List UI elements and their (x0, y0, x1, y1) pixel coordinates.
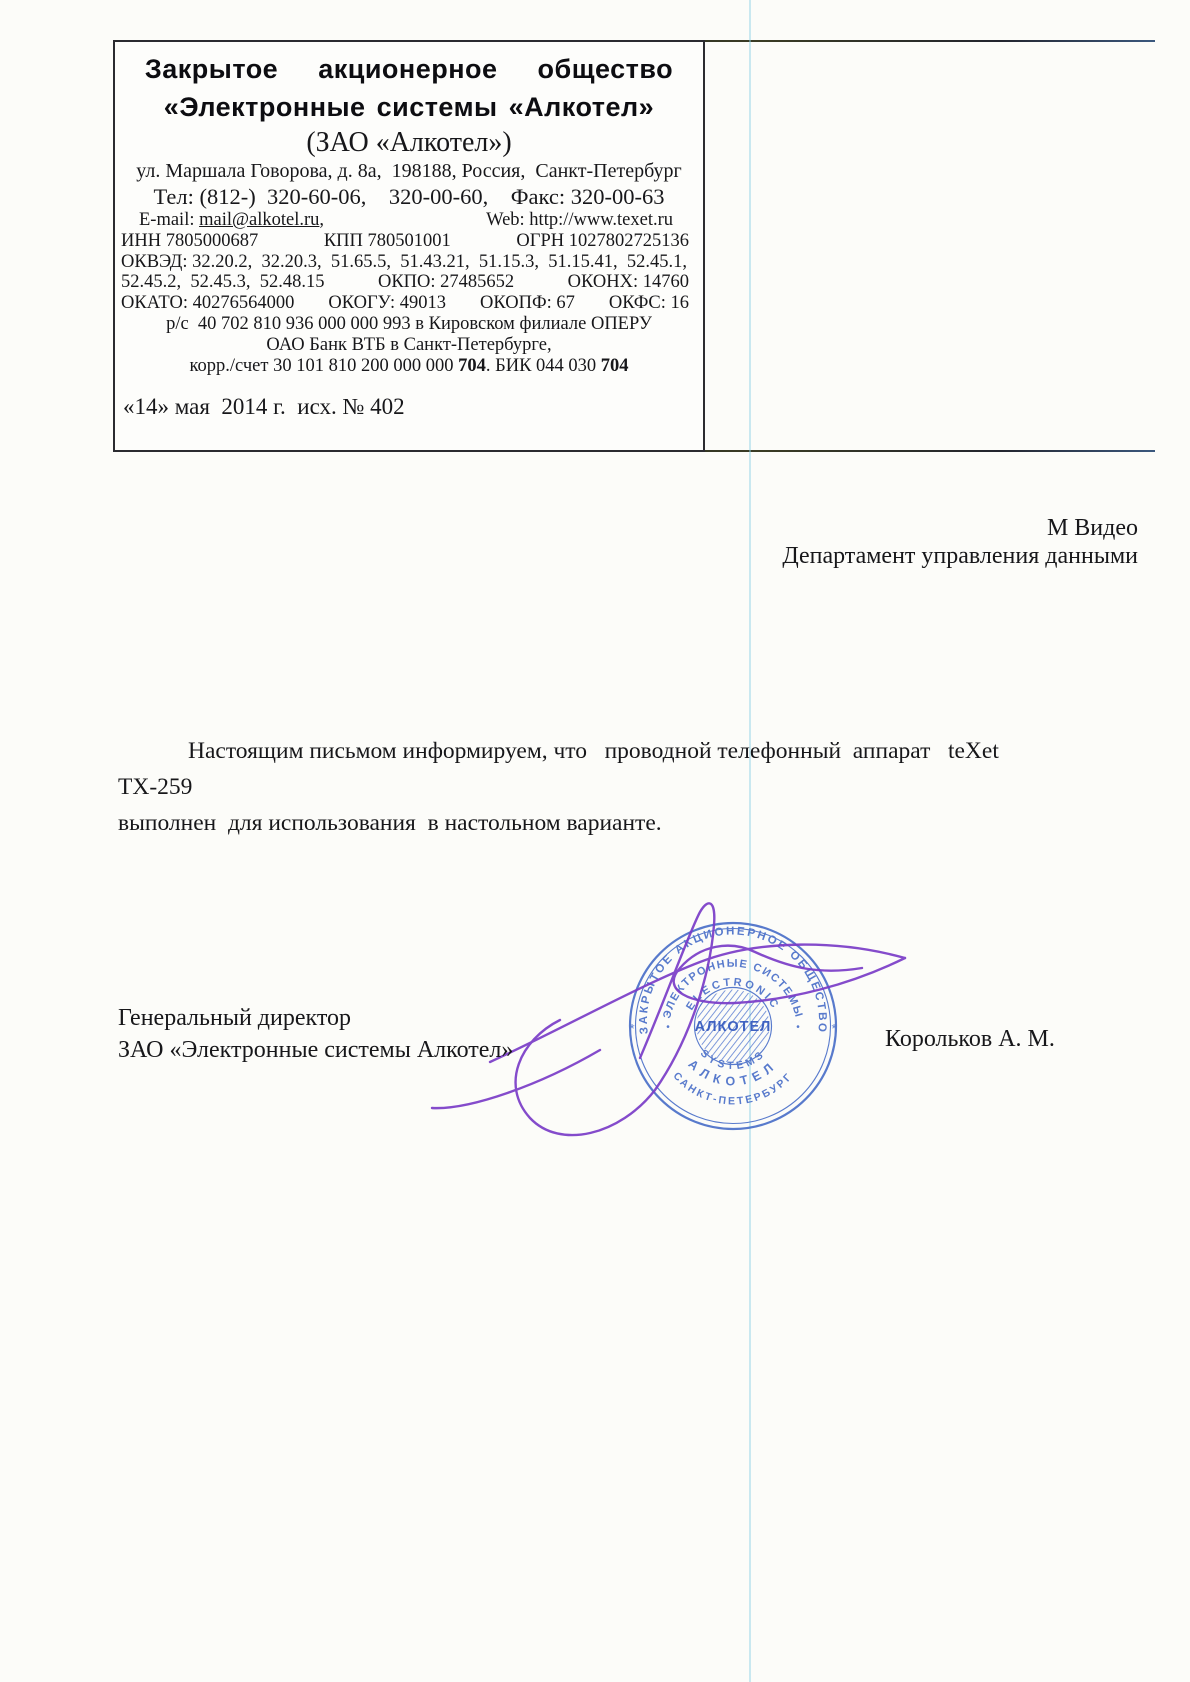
email-comma: , (319, 210, 324, 230)
email-web-row: E-mail: mail@alkotel.ru, Web: http://www… (115, 210, 703, 231)
corr-mid: . БИК 044 030 (486, 356, 601, 376)
corr-bold-704-first: 704 (458, 356, 486, 376)
registration-row: ИНН 7805000687 КПП 780501001 ОГРН 102780… (115, 231, 703, 252)
okato-value: ОКАТО: 40276564000 (121, 293, 294, 314)
signer-title-line1: Генеральный директор (118, 1002, 513, 1034)
letter-body: Настоящим письмом информируем, что прово… (118, 733, 1083, 841)
ogrn-value: ОГРН 1027802725136 (516, 231, 689, 252)
signature-stroke-knot (674, 946, 905, 1003)
signer-title-block: Генеральный директор ЗАО «Электронные си… (118, 1002, 513, 1066)
corr-account-line: корр./счет 30 101 810 200 000 000 704. Б… (115, 356, 703, 377)
okved-line2: 52.45.2, 52.45.3, 52.48.15 (121, 272, 325, 293)
signature-stroke-loop (516, 903, 715, 1135)
okpo-value: ОКПО: 27485652 (378, 272, 514, 293)
okved-okpo-row: 52.45.2, 52.45.3, 52.48.15 ОКПО: 2748565… (115, 272, 703, 293)
recipient-department: Департамент управления данными (782, 542, 1138, 570)
date-line: «14» мая 2014 г. исх. № 402 (115, 392, 703, 422)
recipient-block: М Видео Департамент управления данными (782, 514, 1138, 570)
letterhead-box: Закрытое акционерное общество «Электронн… (113, 40, 705, 452)
kpp-value: КПП 780501001 (324, 231, 451, 252)
body-line-1: Настоящим письмом информируем, что прово… (118, 733, 1083, 805)
email-label: E-mail: (139, 210, 199, 230)
org-name-line1: Закрытое акционерное общество (115, 50, 703, 88)
okopf-value: ОКОПФ: 67 (480, 293, 575, 314)
okfs-value: ОКФС: 16 (609, 293, 689, 314)
org-short-name: (ЗАО «Алкотел») (115, 126, 703, 160)
okved-line1: ОКВЭД: 32.20.2, 32.20.3, 51.65.5, 51.43.… (115, 252, 703, 273)
scanned-letter: { "letterhead": { "org_line1": "Закрытое… (0, 0, 1190, 1682)
body-line-2: выполнен для использования в настольном … (118, 805, 1083, 841)
org-name-line2: «Электронные системы «Алкотел» (115, 88, 703, 126)
scan-artifact-line (749, 0, 751, 1682)
bank-name-line: ОАО Банк ВТБ в Санкт-Петербурге, (115, 335, 703, 356)
okato-row: ОКАТО: 40276564000 ОКОГУ: 49013 ОКОПФ: 6… (115, 293, 703, 314)
bank-account-line: р/с 40 702 810 936 000 000 993 в Кировск… (115, 314, 703, 335)
okonh-value: ОКОНХ: 14760 (568, 272, 689, 293)
email-address: mail@alkotel.ru (199, 210, 319, 230)
org-phones: Тел: (812-) 320-60-06, 320-00-60, Факс: … (115, 183, 703, 210)
corr-prefix: корр./счет 30 101 810 200 000 000 (189, 356, 458, 376)
web-line: Web: http://www.texet.ru (486, 210, 673, 231)
inn-value: ИНН 7805000687 (121, 231, 258, 252)
recipient-company: М Видео (782, 514, 1138, 542)
email-line: E-mail: mail@alkotel.ru, (139, 210, 324, 231)
corr-bold-704-second: 704 (601, 356, 629, 376)
signer-name: Корольков А. М. (885, 1026, 1055, 1053)
signer-title-line2: ЗАО «Электронные системы Алкотел» (118, 1034, 513, 1066)
okogu-value: ОКОГУ: 49013 (328, 293, 446, 314)
org-address: ул. Маршала Говорова, д. 8а, 198188, Рос… (115, 160, 703, 183)
